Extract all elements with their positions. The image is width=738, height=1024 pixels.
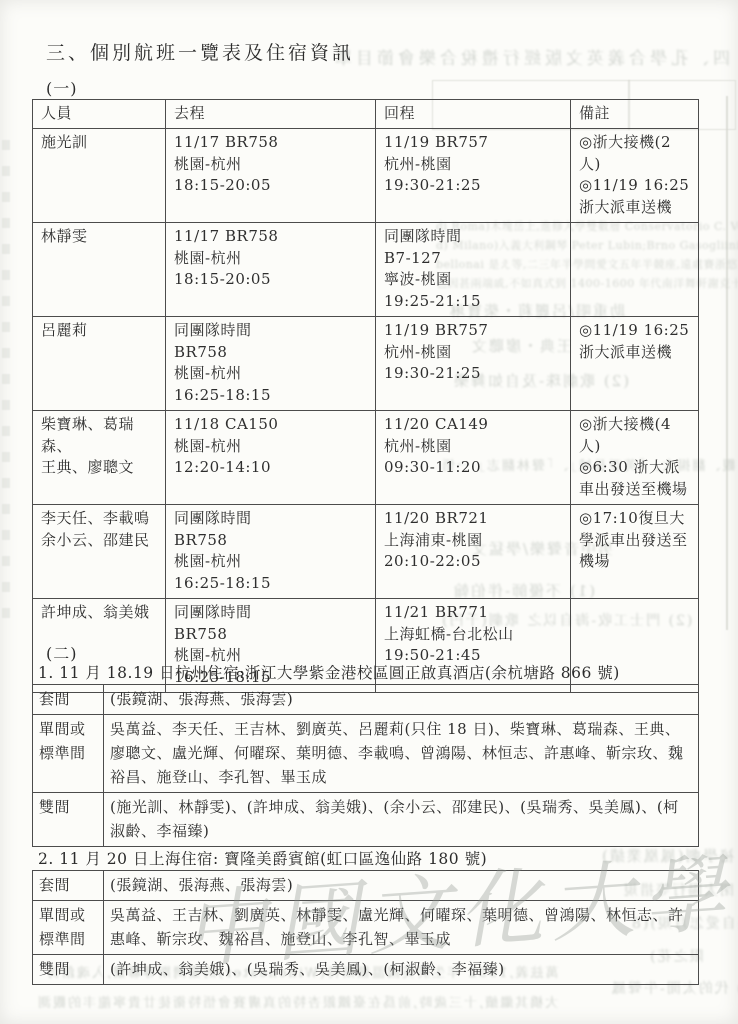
- notes-cell: [571, 223, 699, 317]
- flight-line: 19:30-21:25: [384, 175, 562, 197]
- lodging-row: 雙間 (許坤成、翁美娥)、(吳瑞秀、吳美鳳)、(柯淑齡、李福臻): [33, 955, 699, 985]
- room-names-cell: (張鏡湖、張海燕、張海雲): [104, 685, 699, 715]
- room-type-cell: 雙間: [33, 793, 104, 847]
- lodging-row: 單間或標準間 吳萬益、王吉林、劉廣英、林靜雯、盧光輝、何曜琛、葉明德、曾鴻陽、林…: [33, 901, 699, 955]
- flight-line: 09:30-11:20: [384, 457, 562, 479]
- flight-line: 杭州-桃園: [384, 342, 562, 364]
- person-cell: 林靜雯: [33, 223, 166, 317]
- person-cell: 呂麗莉: [33, 317, 166, 411]
- flight-line: BR758: [174, 530, 367, 552]
- flight-line: BR758: [174, 342, 367, 364]
- flight-line: 20:10-22:05: [384, 551, 562, 573]
- flight-line: 桃園-杭州: [174, 551, 367, 573]
- notes-cell: ◎11/19 16:25 浙大派車送機: [571, 317, 699, 411]
- flight-line: 11/20 CA149: [384, 414, 562, 436]
- return-cell: 11/20 BR721 上海浦東-桃園 20:10-22:05: [376, 505, 571, 599]
- return-cell: 11/19 BR757 杭州-桃園 19:30-21:25: [376, 129, 571, 223]
- room-names-cell: 吳萬益、李天任、王吉林、劉廣英、呂麗莉(只住 18 日)、柴寶琳、葛瑞森、王典、…: [104, 715, 699, 793]
- flight-line: 桃園-杭州: [174, 363, 367, 385]
- note-line: ◎11/19 16:25 浙大派車送機: [579, 175, 690, 218]
- lodging-row: 單間或標準間 吳萬益、李天任、王吉林、劉廣英、呂麗莉(只住 18 日)、柴寶琳、…: [33, 715, 699, 793]
- lodging-row: 套間 (張鏡湖、張海燕、張海雲): [33, 871, 699, 901]
- note-line: ◎17:10復旦大學派車出發送至機場: [579, 508, 690, 573]
- lodging-table-hangzhou: 套間 (張鏡湖、張海燕、張海雲) 單間或標準間 吳萬益、李天任、王吉林、劉廣英、…: [32, 684, 699, 847]
- flight-table-header-row: 人員 去程 回程 備註: [33, 100, 699, 129]
- person-name: 王典、廖聰文: [41, 457, 157, 479]
- flight-line: 18:15-20:05: [174, 269, 367, 291]
- person-cell: 施光訓: [33, 129, 166, 223]
- flight-line: 桃園-杭州: [174, 248, 367, 270]
- note-line: ◎11/19 16:25 浙大派車送機: [579, 320, 690, 363]
- room-names-cell: 吳萬益、王吉林、劉廣英、林靜雯、盧光輝、何曜琛、葉明德、曾鴻陽、林恒志、許惠峰、…: [104, 901, 699, 955]
- flight-line: 11/20 BR721: [384, 508, 562, 530]
- flight-line: 19:25-21:15: [384, 291, 562, 313]
- room-type-cell: 單間或標準間: [33, 901, 104, 955]
- flight-line: 11/21 BR771: [384, 602, 562, 624]
- notes-cell: ◎浙大接機(2人) ◎11/19 16:25 浙大派車送機: [571, 129, 699, 223]
- column-header-person: 人員: [33, 100, 166, 129]
- lodging-table-shanghai: 套間 (張鏡湖、張海燕、張海雲) 單間或標準間 吳萬益、王吉林、劉廣英、林靜雯、…: [32, 870, 699, 985]
- room-type-cell: 套間: [33, 685, 104, 715]
- scanned-document-page: 四、孔學合義英文版經行禮稅合樂會節目單 di Roma)木塊岳上,進修入學雙數層…: [0, 0, 738, 1024]
- room-type-cell: 單間或標準間: [33, 715, 104, 793]
- note-line: ◎浙大接機(4人): [579, 414, 690, 457]
- note-line: ◎浙大接機(2人): [579, 132, 690, 175]
- note-line: ◎6:30 浙大派車出發送至機場: [579, 457, 690, 500]
- lodging-row: 雙間 (施光訓、林靜雯)、(許坤成、翁美娥)、(余小云、邵建民)、(吳瑞秀、吳美…: [33, 793, 699, 847]
- lodging-row: 套間 (張鏡湖、張海燕、張海雲): [33, 685, 699, 715]
- flight-line: 上海浦東-桃園: [384, 530, 562, 552]
- flight-row: 施光訓 11/17 BR758 桃園-杭州 18:15-20:05 11/19 …: [33, 129, 699, 223]
- flight-line: 杭州-桃園: [384, 154, 562, 176]
- section-1-label: (一): [46, 76, 78, 99]
- person-name: 李天任、李載鳴: [41, 508, 157, 530]
- flight-table: 人員 去程 回程 備註 施光訓 11/17 BR758 桃園-杭州 18:15-…: [32, 99, 699, 693]
- room-names-cell: (施光訓、林靜雯)、(許坤成、翁美娥)、(余小云、邵建民)、(吳瑞秀、吳美鳳)、…: [104, 793, 699, 847]
- flight-line: BR758: [174, 624, 367, 646]
- flight-line: 16:25-18:15: [174, 385, 367, 407]
- flight-line: 寧波-桃園: [384, 269, 562, 291]
- outbound-cell: 11/18 CA150 桃園-杭州 12:20-14:10: [166, 411, 376, 505]
- outbound-cell: 同團隊時間 BR758 桃園-杭州 16:25-18:15: [166, 505, 376, 599]
- notes-cell: ◎浙大接機(4人) ◎6:30 浙大派車出發送至機場: [571, 411, 699, 505]
- person-cell: 柴寶琳、葛瑞森、 王典、廖聰文: [33, 411, 166, 505]
- outbound-cell: 11/17 BR758 桃園-杭州 18:15-20:05: [166, 129, 376, 223]
- lodging-heading-hangzhou: 1. 11 月 18.19 日杭州住宿:浙江大學紫金港校區圓正啟真酒店(余杭塘路…: [38, 661, 620, 683]
- person-name: 呂麗莉: [41, 320, 157, 342]
- room-names-cell: (張鏡湖、張海燕、張海雲): [104, 871, 699, 901]
- page-title: 三、個別航班一覽表及住宿資訊: [46, 38, 354, 65]
- flight-line: 11/19 BR757: [384, 320, 562, 342]
- outbound-cell: 11/17 BR758 桃園-杭州 18:15-20:05: [166, 223, 376, 317]
- lodging-heading-shanghai: 2. 11 月 20 日上海住宿: 寶隆美爵賓館(虹口區逸仙路 180 號): [38, 847, 487, 869]
- return-cell: 11/19 BR757 杭州-桃園 19:30-21:25: [376, 317, 571, 411]
- person-name: 柴寶琳、葛瑞森、: [41, 414, 157, 457]
- return-cell: 同團隊時間 B7-127 寧波-桃園 19:25-21:15: [376, 223, 571, 317]
- document-content: 三、個別航班一覽表及住宿資訊 (一) 人員 去程 回程 備註 施光訓 11/17…: [0, 0, 738, 1024]
- flight-line: 16:25-18:15: [174, 573, 367, 595]
- room-names-cell: (許坤成、翁美娥)、(吳瑞秀、吳美鳳)、(柯淑齡、李福臻): [104, 955, 699, 985]
- flight-line: 19:30-21:25: [384, 363, 562, 385]
- flight-line: 上海虹橋-台北松山: [384, 624, 562, 646]
- flight-line: 桃園-杭州: [174, 436, 367, 458]
- person-name: 施光訓: [41, 132, 157, 154]
- return-cell: 11/20 CA149 杭州-桃園 09:30-11:20: [376, 411, 571, 505]
- person-name: 許坤成、翁美娥: [41, 602, 157, 624]
- room-type-cell: 套間: [33, 871, 104, 901]
- notes-cell: ◎17:10復旦大學派車出發送至機場: [571, 505, 699, 599]
- flight-row: 呂麗莉 同團隊時間 BR758 桃園-杭州 16:25-18:15 11/19 …: [33, 317, 699, 411]
- flight-line: 11/17 BR758: [174, 226, 367, 248]
- flight-line: 同團隊時間: [384, 226, 562, 248]
- flight-row: 林靜雯 11/17 BR758 桃園-杭州 18:15-20:05 同團隊時間 …: [33, 223, 699, 317]
- flight-row: 柴寶琳、葛瑞森、 王典、廖聰文 11/18 CA150 桃園-杭州 12:20-…: [33, 411, 699, 505]
- flight-line: 同團隊時間: [174, 508, 367, 530]
- flight-line: 同團隊時間: [174, 320, 367, 342]
- flight-line: 11/19 BR757: [384, 132, 562, 154]
- column-header-outbound: 去程: [166, 100, 376, 129]
- flight-line: 11/18 CA150: [174, 414, 367, 436]
- room-type-cell: 雙間: [33, 955, 104, 985]
- flight-line: 18:15-20:05: [174, 175, 367, 197]
- flight-line: 12:20-14:10: [174, 457, 367, 479]
- person-name: 林靜雯: [41, 226, 157, 248]
- person-cell: 李天任、李載鳴 余小云、邵建民: [33, 505, 166, 599]
- flight-line: 11/17 BR758: [174, 132, 367, 154]
- column-header-notes: 備註: [571, 100, 699, 129]
- person-name: 余小云、邵建民: [41, 530, 157, 552]
- flight-line: 杭州-桃園: [384, 436, 562, 458]
- flight-row: 李天任、李載鳴 余小云、邵建民 同團隊時間 BR758 桃園-杭州 16:25-…: [33, 505, 699, 599]
- outbound-cell: 同團隊時間 BR758 桃園-杭州 16:25-18:15: [166, 317, 376, 411]
- flight-line: 桃園-杭州: [174, 154, 367, 176]
- flight-line: B7-127: [384, 248, 562, 270]
- flight-line: 同團隊時間: [174, 602, 367, 624]
- column-header-return: 回程: [376, 100, 571, 129]
